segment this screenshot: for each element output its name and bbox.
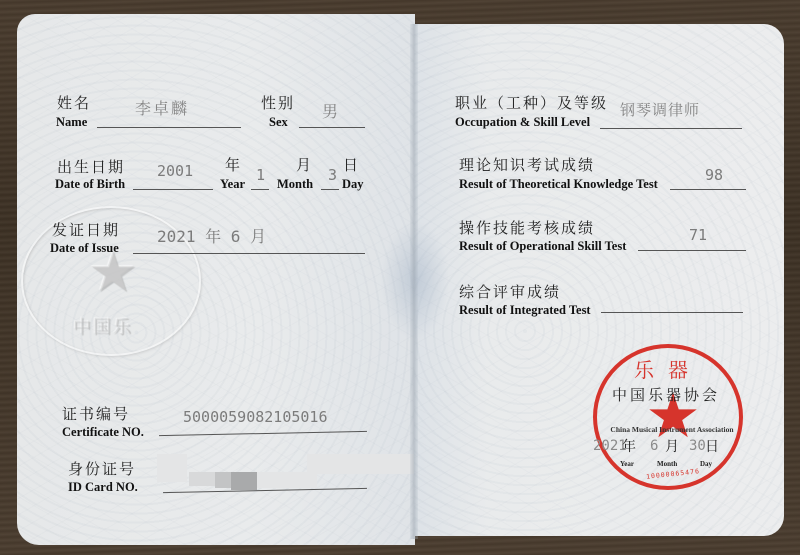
- theory-value[interactable]: 98: [705, 166, 723, 184]
- dob-month-en: Month: [277, 177, 313, 192]
- integrated-label-en: Result of Integrated Test: [459, 303, 591, 318]
- skill-underline: [638, 250, 746, 251]
- issue-month-value[interactable]: 6: [650, 438, 658, 454]
- occupation-underline: [600, 128, 742, 129]
- name-value[interactable]: 李卓麟: [135, 96, 189, 119]
- name-label-en: Name: [56, 115, 87, 130]
- dob-year-value[interactable]: 2001: [157, 162, 193, 180]
- integrated-label-cn: 综合评审成绩: [459, 281, 561, 302]
- dob-label-en: Date of Birth: [55, 177, 125, 192]
- id-no-underline: [163, 488, 367, 493]
- occupation-label-cn: 职业（工种）及等级: [455, 92, 608, 113]
- dob-day-en: Day: [342, 177, 364, 192]
- sex-label-cn: 性别: [261, 92, 295, 113]
- dob-month-cn: 月: [296, 154, 313, 175]
- issue-date-value[interactable]: 2021 年 6 月: [157, 224, 266, 247]
- issue-day-cn: 日: [705, 436, 719, 456]
- dob-month-underline: [251, 189, 269, 190]
- certificate-left-page: ★ 中国乐 姓名 Name 李卓麟 性别 Sex 男 出生日期 Date of …: [17, 14, 415, 545]
- skill-label-en: Result of Operational Skill Test: [459, 239, 626, 254]
- id-no-label-cn: 身份证号: [68, 458, 136, 479]
- dob-year-underline: [133, 189, 213, 190]
- dob-month-value[interactable]: 1: [256, 166, 265, 184]
- cert-no-label-cn: 证书编号: [62, 403, 130, 424]
- theory-underline: [670, 189, 746, 190]
- issue-month-en: Month: [657, 460, 677, 468]
- dob-day-underline: [321, 189, 339, 190]
- name-underline: [97, 127, 241, 128]
- dob-year-en: Year: [220, 177, 245, 192]
- sex-underline: [299, 127, 365, 128]
- integrated-underline: [601, 312, 743, 313]
- sex-label-en: Sex: [269, 115, 288, 130]
- certificate-right-page: 职业（工种）及等级 Occupation & Skill Level 钢琴调律师…: [414, 24, 784, 536]
- issue-year-cn: 年: [622, 436, 636, 456]
- sex-value[interactable]: 男: [322, 99, 340, 122]
- issue-date-underline: [133, 253, 365, 254]
- dob-year-cn: 年: [225, 154, 242, 175]
- name-label-cn: 姓名: [57, 92, 91, 113]
- dob-day-value[interactable]: 3: [328, 166, 337, 184]
- issue-month-cn: 月: [665, 436, 679, 456]
- issue-date-label-cn: 发证日期: [52, 219, 120, 240]
- issue-day-en: Day: [700, 460, 712, 468]
- issue-date-label-en: Date of Issue: [50, 241, 119, 256]
- occupation-value[interactable]: 钢琴调律师: [620, 99, 700, 120]
- stamp-center-text: 中国乐器协会: [612, 384, 720, 405]
- cert-no-value[interactable]: 5000059082105016: [183, 408, 328, 426]
- occupation-label-en: Occupation & Skill Level: [455, 115, 590, 130]
- issue-day-value[interactable]: 30: [689, 438, 706, 454]
- dob-day-cn: 日: [343, 154, 360, 175]
- id-no-label-en: ID Card NO.: [68, 480, 138, 495]
- theory-label-en: Result of Theoretical Knowledge Test: [459, 177, 658, 192]
- emboss-seal-text: 中国乐: [73, 313, 133, 339]
- cert-no-label-en: Certificate NO.: [62, 425, 144, 440]
- cert-no-underline: [159, 431, 367, 436]
- dob-label-cn: 出生日期: [57, 156, 125, 177]
- issue-year-en: Year: [620, 460, 634, 468]
- booklet-spine: [410, 24, 418, 539]
- skill-value[interactable]: 71: [689, 226, 707, 244]
- skill-label-cn: 操作技能考核成绩: [459, 217, 595, 238]
- theory-label-cn: 理论知识考试成绩: [459, 154, 595, 175]
